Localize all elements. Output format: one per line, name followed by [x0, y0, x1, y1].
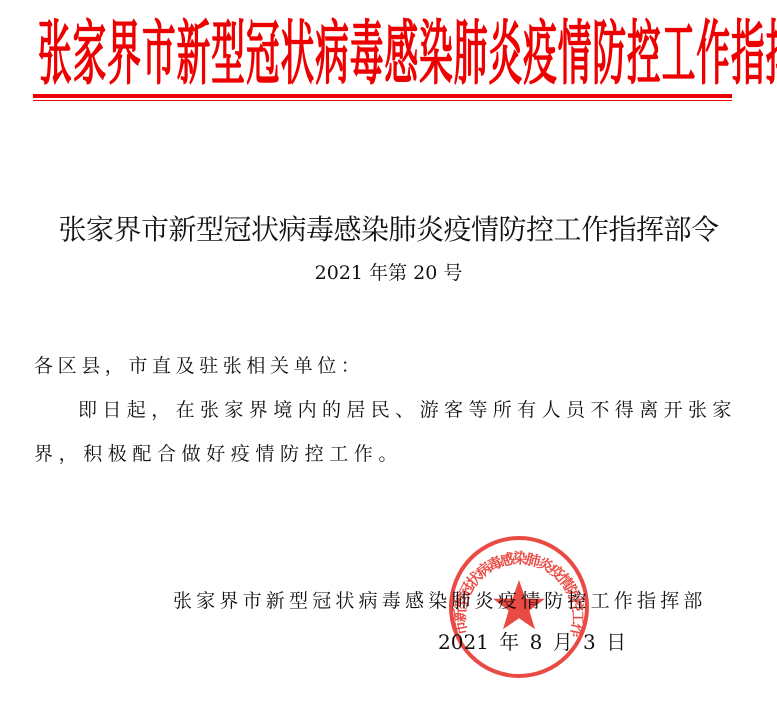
masthead-rule-thin	[33, 100, 732, 101]
body-paragraph-line-2: 界，积极配合做好疫情防控工作。	[34, 441, 403, 467]
official-seal-star-icon: 张家界市新型冠状病毒感染肺炎疫情防控工作指挥部	[447, 534, 591, 680]
document-number: 2021 年第 20 号	[0, 260, 777, 286]
addressee-line: 各区县，市直及驻张相关单位：	[34, 353, 364, 379]
masthead-title-box: 张家界市新型冠状病毒感染肺炎疫情防控工作指挥部令	[38, 18, 728, 96]
body-paragraph-line-1: 即日起，在张家界境内的居民、游客等所有人员不得离开张家	[78, 397, 737, 423]
issuer-signature: 张家界市新型冠状病毒感染肺炎疫情防控工作指挥部	[173, 588, 707, 614]
masthead-rule-thick	[33, 94, 732, 98]
masthead-title: 张家界市新型冠状病毒感染肺炎疫情防控工作指挥部令	[38, 18, 777, 92]
document-title: 张家界市新型冠状病毒感染肺炎疫情防控工作指挥部令	[0, 212, 777, 248]
